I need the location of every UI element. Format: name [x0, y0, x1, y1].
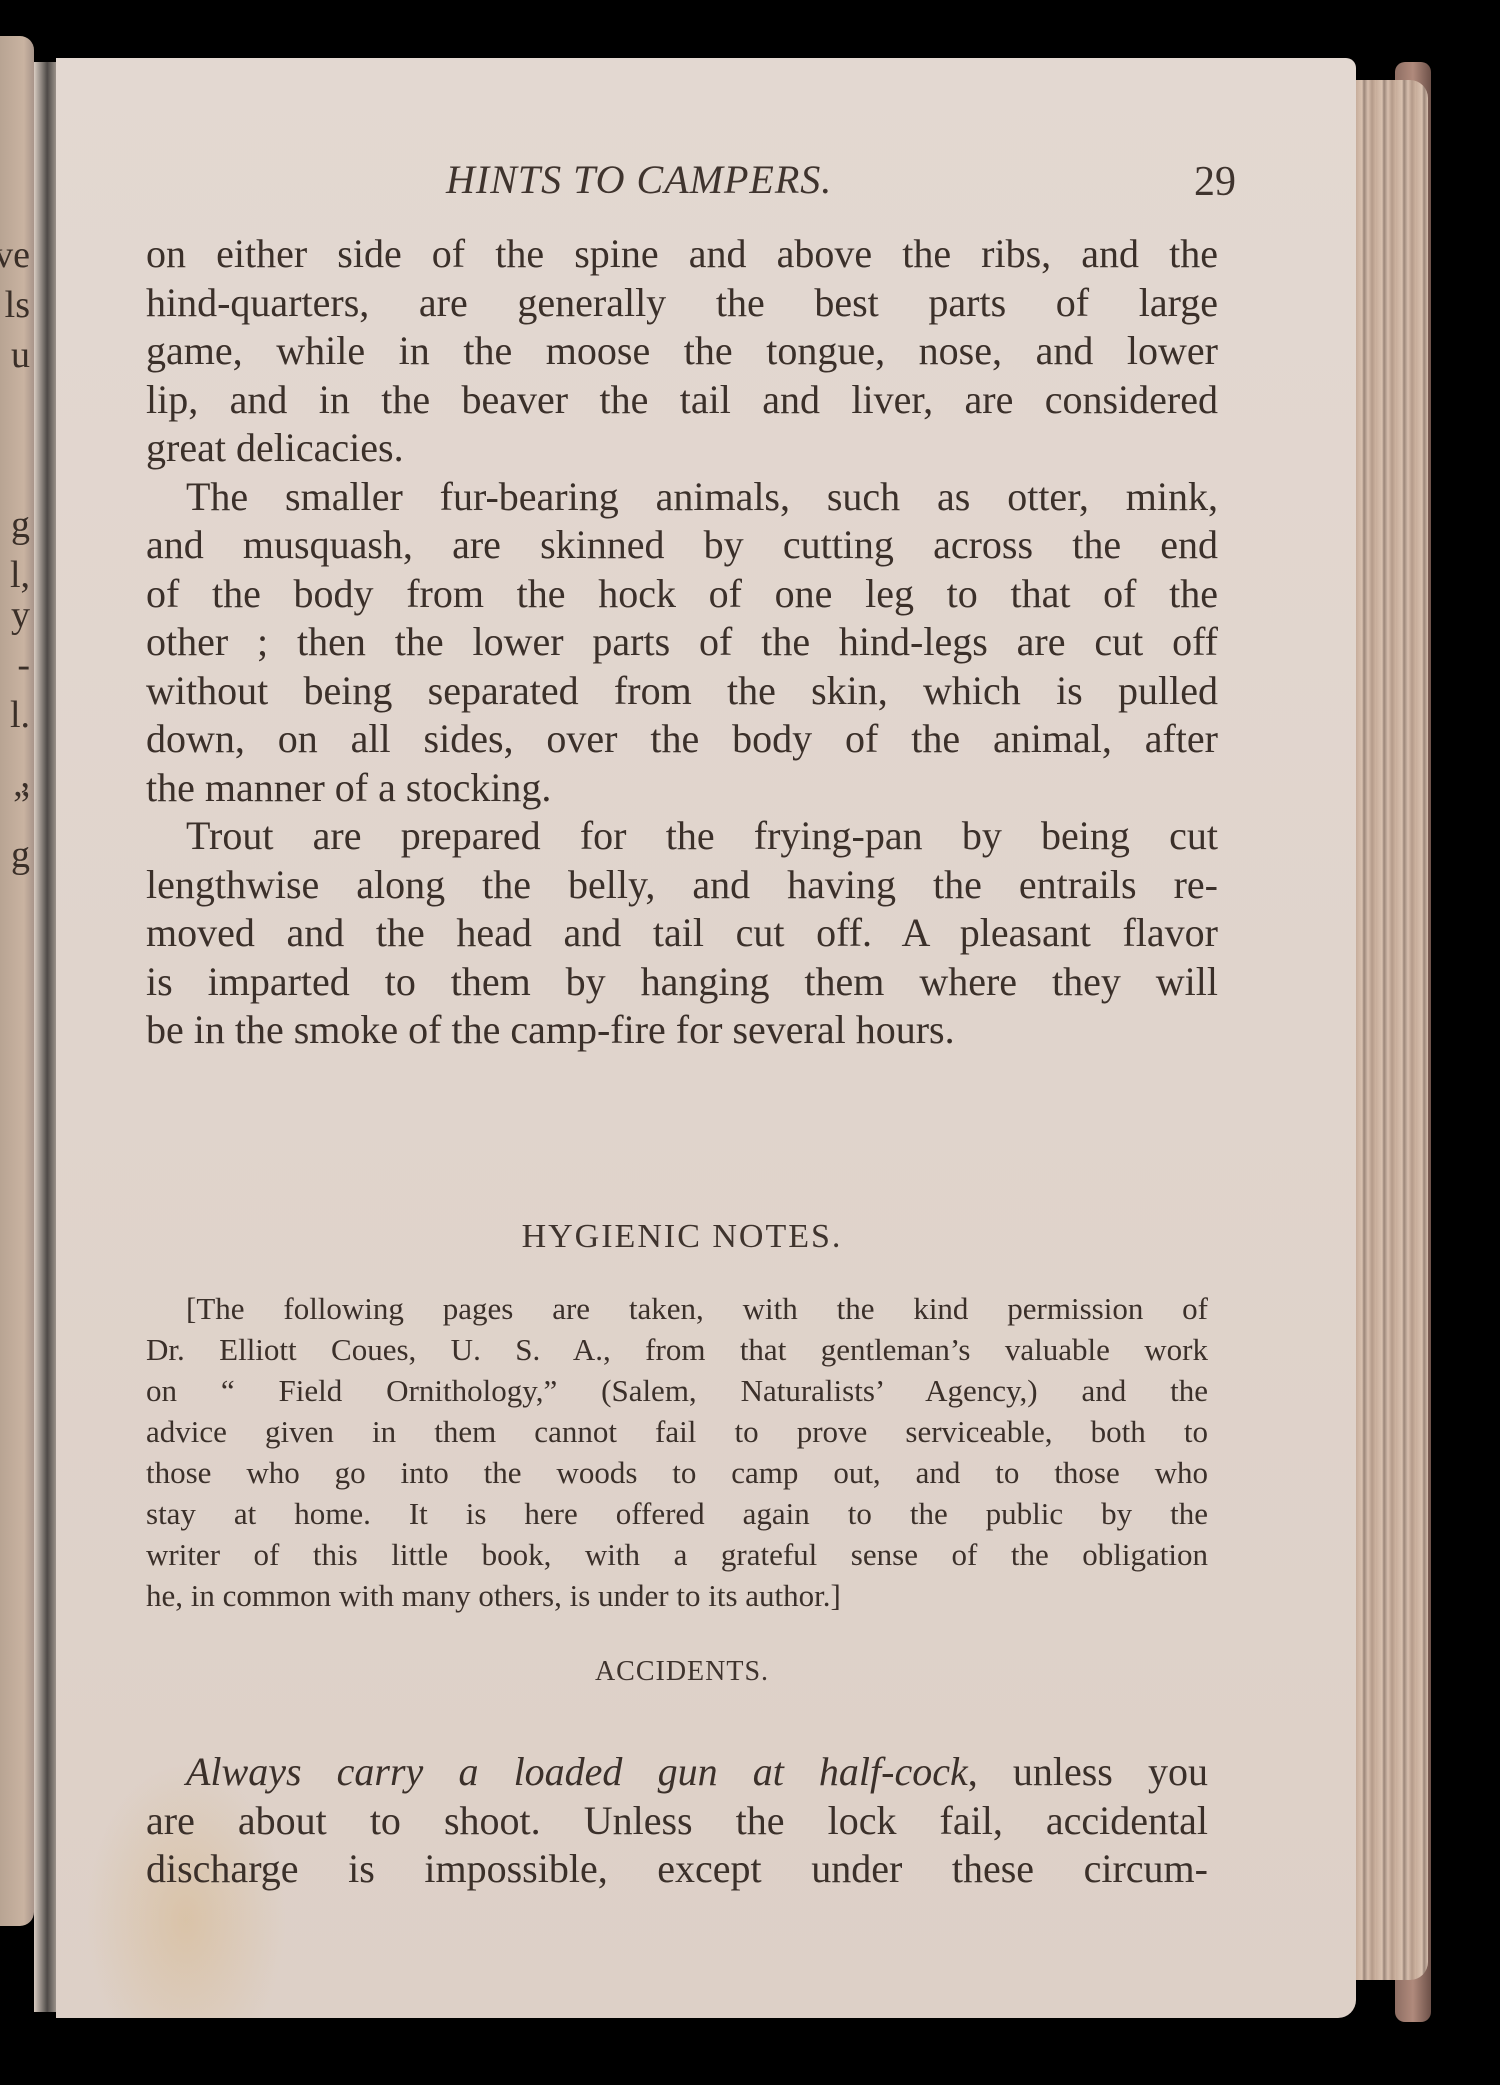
text-line: other ; then the lower parts of the hind… — [146, 618, 1218, 667]
page-edges — [1356, 80, 1428, 1980]
book-page: HINTS TO CAMPERS. 29 on either side of t… — [56, 58, 1356, 2018]
text-line: he, in common with many others, is under… — [146, 1575, 1208, 1616]
text-line: is imparted to them by hanging them wher… — [146, 958, 1218, 1007]
text-line: on “ Field Ornithology,” (Salem, Natural… — [146, 1370, 1208, 1411]
page-number: 29 — [1194, 158, 1236, 206]
section-heading-hygienic-notes: HYGIENIC NOTES. — [146, 1218, 1218, 1256]
text-line: those who go into the woods to camp out,… — [146, 1452, 1208, 1493]
text-line: The smaller fur-bearing animals, such as… — [146, 473, 1218, 522]
text-line: great delicacies. — [146, 424, 1218, 473]
italic-lead: Always carry a loaded gun at half-cock — [186, 1749, 968, 1794]
paragraph-skinning: The smaller fur-bearing animals, such as… — [146, 473, 1218, 813]
book-gutter — [34, 62, 56, 2012]
facing-page-fragment: ve — [0, 236, 30, 274]
facing-page-fragment: ls — [5, 286, 30, 324]
text-line: Always carry a loaded gun at half-cock, … — [146, 1748, 1208, 1797]
text-line: game, while in the moose the tongue, nos… — [146, 327, 1218, 376]
text-line: stay at home. It is here offered again t… — [146, 1493, 1208, 1534]
facing-page-fragment: g — [11, 836, 30, 874]
section-heading-accidents: ACCIDENTS. — [146, 1656, 1218, 1688]
text-line-rest: , unless you — [968, 1749, 1208, 1794]
text-line: lip, and in the beaver the tail and live… — [146, 376, 1218, 425]
text-line: and musquash, are skinned by cutting acr… — [146, 521, 1218, 570]
text-line: Trout are prepared for the frying-pan by… — [146, 812, 1218, 861]
text-line: on either side of the spine and above th… — [146, 230, 1218, 279]
text-line: the manner of a stocking. — [146, 764, 1218, 813]
text-line: writer of this little book, with a grate… — [146, 1534, 1208, 1575]
facing-page-fragment: u — [11, 336, 30, 374]
facing-page-fragment: y — [11, 596, 30, 634]
text-line: be in the smoke of the camp-fire for sev… — [146, 1006, 1218, 1055]
text-line: down, on all sides, over the body of the… — [146, 715, 1218, 764]
text-line: of the body from the hock of one leg to … — [146, 570, 1218, 619]
text-line: hind-quarters, are generally the best pa… — [146, 279, 1218, 328]
hygienic-notes-intro: [The following pages are taken, with the… — [146, 1288, 1208, 1616]
text-line: moved and the head and tail cut off. A p… — [146, 909, 1218, 958]
paragraph-trout: Trout are prepared for the frying-pan by… — [146, 812, 1218, 1055]
text-line: [The following pages are taken, with the… — [146, 1288, 1208, 1329]
facing-page-fragment: l, — [10, 556, 30, 594]
text-line: are about to shoot. Unless the lock fail… — [146, 1797, 1208, 1846]
facing-page-fragment: l. — [10, 696, 30, 734]
text-line: advice given in them cannot fail to prov… — [146, 1411, 1208, 1452]
accidents-paragraph: Always carry a loaded gun at half-cock, … — [146, 1748, 1208, 1894]
running-head: HINTS TO CAMPERS. 29 — [146, 156, 1236, 216]
facing-page-edge: ve ls u g l, y - l. , ” g — [0, 36, 34, 1926]
facing-page-fragment: g — [11, 506, 30, 544]
facing-page-fragment: ” — [13, 786, 30, 824]
running-head-title: HINTS TO CAMPERS. — [446, 156, 832, 203]
paragraph-meat-cuts: on either side of the spine and above th… — [146, 230, 1218, 473]
text-line: discharge is impossible, except under th… — [146, 1845, 1208, 1894]
text-line: Dr. Elliott Coues, U. S. A., from that g… — [146, 1329, 1208, 1370]
body-text: on either side of the spine and above th… — [146, 230, 1218, 1055]
text-line: lengthwise along the belly, and having t… — [146, 861, 1218, 910]
text-line: without being separated from the skin, w… — [146, 667, 1218, 716]
facing-page-fragment: - — [17, 646, 30, 684]
